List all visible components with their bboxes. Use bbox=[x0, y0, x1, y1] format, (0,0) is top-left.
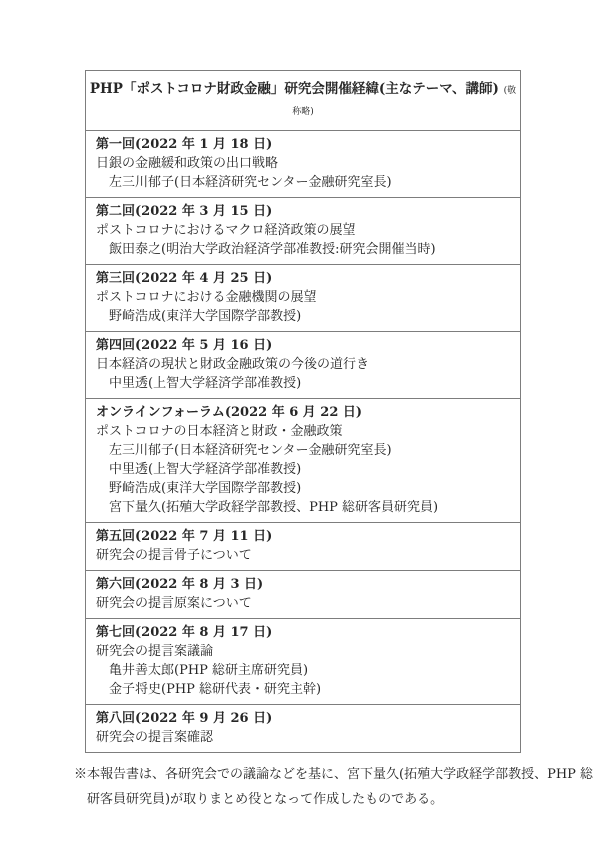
session-row: 第一回(2022 年 1 月 18 日)日銀の金融緩和政策の出口戦略左三川郁子(… bbox=[86, 131, 521, 198]
schedule-table-body: PHP「ポストコロナ財政金融」研究会開催経緯(主なテーマ、講師) (敬称略) 第… bbox=[86, 71, 521, 753]
session-theme: ポストコロナにおけるマクロ経済政策の展望 bbox=[96, 221, 510, 240]
session-speaker: 宮下量久(拓殖大学政経学部教授、PHP 総研客員研究員) bbox=[96, 498, 510, 517]
session-theme: 日銀の金融緩和政策の出口戦略 bbox=[96, 154, 510, 173]
session-row: 第三回(2022 年 4 月 25 日)ポストコロナにおける金融機関の展望野崎浩… bbox=[86, 265, 521, 332]
session-title: 第二回(2022 年 3 月 15 日) bbox=[96, 202, 510, 221]
session-title: 第一回(2022 年 1 月 18 日) bbox=[96, 135, 510, 154]
session-row: 第七回(2022 年 8 月 17 日)研究会の提言案議論亀井善太郎(PHP 総… bbox=[86, 619, 521, 705]
session-title: 第五回(2022 年 7 月 11 日) bbox=[96, 527, 510, 546]
schedule-table: PHP「ポストコロナ財政金融」研究会開催経緯(主なテーマ、講師) (敬称略) 第… bbox=[85, 70, 521, 753]
session-theme: 研究会の提言原案について bbox=[96, 594, 510, 613]
session-row: 第八回(2022 年 9 月 26 日)研究会の提言案確認 bbox=[86, 705, 521, 753]
session-theme: 研究会の提言案確認 bbox=[96, 728, 510, 747]
session-theme: 研究会の提言案議論 bbox=[96, 642, 510, 661]
session-title: 第四回(2022 年 5 月 16 日) bbox=[96, 336, 510, 355]
session-title: 第八回(2022 年 9 月 26 日) bbox=[96, 709, 510, 728]
session-speaker: 亀井善太郎(PHP 総研主席研究員) bbox=[96, 661, 510, 680]
session-cell: 第五回(2022 年 7 月 11 日)研究会の提言骨子について bbox=[86, 523, 521, 571]
session-title: 第七回(2022 年 8 月 17 日) bbox=[96, 623, 510, 642]
session-cell: 第八回(2022 年 9 月 26 日)研究会の提言案確認 bbox=[86, 705, 521, 753]
footnote-line: 研客員研究員)が取りまとめ役となって作成したものである。 bbox=[74, 787, 546, 812]
document-page: PHP「ポストコロナ財政金融」研究会開催経緯(主なテーマ、講師) (敬称略) 第… bbox=[0, 0, 601, 849]
footnote: ※本報告書は、各研究会での議論などを基に、宮下量久(拓殖大学政経学部教授、PHP… bbox=[74, 762, 546, 812]
session-speaker: 中里透(上智大学経済学部准教授) bbox=[96, 460, 510, 479]
session-speaker: 野崎浩成(東洋大学国際学部教授) bbox=[96, 479, 510, 498]
table-header-row: PHP「ポストコロナ財政金融」研究会開催経緯(主なテーマ、講師) (敬称略) bbox=[86, 71, 521, 131]
footnote-line: ※本報告書は、各研究会での議論などを基に、宮下量久(拓殖大学政経学部教授、PHP… bbox=[74, 762, 546, 787]
session-cell: 第六回(2022 年 8 月 3 日)研究会の提言原案について bbox=[86, 571, 521, 619]
session-title: 第六回(2022 年 8 月 3 日) bbox=[96, 575, 510, 594]
session-row: 第五回(2022 年 7 月 11 日)研究会の提言骨子について bbox=[86, 523, 521, 571]
session-speaker: 左三川郁子(日本経済研究センター金融研究室長) bbox=[96, 173, 510, 192]
session-speaker: 中里透(上智大学経済学部准教授) bbox=[96, 374, 510, 393]
session-cell: 第四回(2022 年 5 月 16 日)日本経済の現状と財政金融政策の今後の道行… bbox=[86, 332, 521, 399]
session-row: 第六回(2022 年 8 月 3 日)研究会の提言原案について bbox=[86, 571, 521, 619]
session-row: オンラインフォーラム(2022 年 6 月 22 日)ポストコロナの日本経済と財… bbox=[86, 399, 521, 523]
session-theme: ポストコロナの日本経済と財政・金融政策 bbox=[96, 422, 510, 441]
session-speaker: 金子将史(PHP 総研代表・研究主幹) bbox=[96, 680, 510, 699]
session-theme: 日本経済の現状と財政金融政策の今後の道行き bbox=[96, 355, 510, 374]
session-speaker: 野崎浩成(東洋大学国際学部教授) bbox=[96, 307, 510, 326]
table-header-cell: PHP「ポストコロナ財政金融」研究会開催経緯(主なテーマ、講師) (敬称略) bbox=[86, 71, 521, 131]
table-title: PHP「ポストコロナ財政金融」研究会開催経緯(主なテーマ、講師) bbox=[90, 81, 499, 97]
session-theme: ポストコロナにおける金融機関の展望 bbox=[96, 288, 510, 307]
session-title: オンラインフォーラム(2022 年 6 月 22 日) bbox=[96, 403, 510, 422]
session-cell: 第三回(2022 年 4 月 25 日)ポストコロナにおける金融機関の展望野崎浩… bbox=[86, 265, 521, 332]
session-speaker: 飯田泰之(明治大学政治経済学部准教授:研究会開催当時) bbox=[96, 240, 510, 259]
session-row: 第四回(2022 年 5 月 16 日)日本経済の現状と財政金融政策の今後の道行… bbox=[86, 332, 521, 399]
session-cell: 第一回(2022 年 1 月 18 日)日銀の金融緩和政策の出口戦略左三川郁子(… bbox=[86, 131, 521, 198]
session-title: 第三回(2022 年 4 月 25 日) bbox=[96, 269, 510, 288]
session-cell: 第二回(2022 年 3 月 15 日)ポストコロナにおけるマクロ経済政策の展望… bbox=[86, 198, 521, 265]
session-cell: 第七回(2022 年 8 月 17 日)研究会の提言案議論亀井善太郎(PHP 総… bbox=[86, 619, 521, 705]
session-speaker: 左三川郁子(日本経済研究センター金融研究室長) bbox=[96, 441, 510, 460]
session-cell: オンラインフォーラム(2022 年 6 月 22 日)ポストコロナの日本経済と財… bbox=[86, 399, 521, 523]
session-row: 第二回(2022 年 3 月 15 日)ポストコロナにおけるマクロ経済政策の展望… bbox=[86, 198, 521, 265]
session-theme: 研究会の提言骨子について bbox=[96, 546, 510, 565]
